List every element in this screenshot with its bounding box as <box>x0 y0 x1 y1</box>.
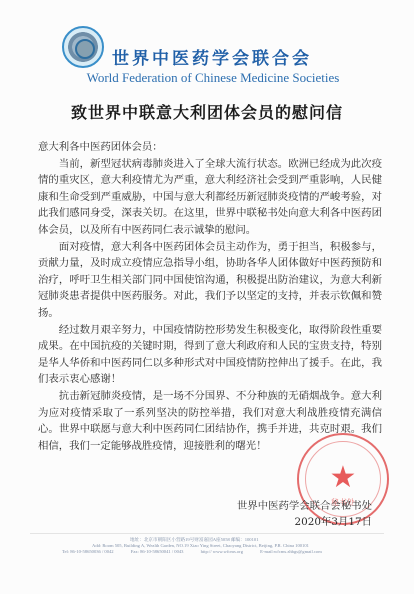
footer-divider <box>30 533 384 534</box>
wfcms-globe-logo-icon <box>62 26 104 68</box>
contact-row: Tel: 86-10-58650036 / 0042 Fax: 86-10-58… <box>30 549 392 555</box>
email-link[interactable]: E-mail:wfcms.zhbgs@gmail.com <box>260 549 322 554</box>
letterhead-footer: 地址：北京市朝阳区小营路19号财富嘉园A座5058 邮编：100101 Add:… <box>30 537 392 556</box>
website-link[interactable]: http:// www.wfcms.org <box>201 549 243 554</box>
org-name-cn: 世界中医药学会联合会 <box>112 44 312 69</box>
paragraph-1: 当前，新型冠状病毒肺炎进入了全球大流行状态。欧洲已经成为此次疫情的重灾区，意大利… <box>38 156 382 239</box>
letter-date: 2020年3月17日 <box>237 514 372 530</box>
star-icon: ★ <box>299 463 387 493</box>
letterhead: 世界中医药学会联合会 World Federation of Chinese M… <box>62 26 362 86</box>
org-name-en: World Federation of Chinese Medicine Soc… <box>68 70 358 86</box>
letter-page: 世界中医药学会联合会 World Federation of Chinese M… <box>0 0 414 594</box>
letter-body: 意大利各中医药团体会员： 当前，新型冠状病毒肺炎进入了全球大流行状态。欧洲已经成… <box>38 139 382 454</box>
fax: Fax: 86-10-58650041 / 0043 <box>131 549 184 554</box>
salutation: 意大利各中医药团体会员： <box>38 139 382 156</box>
logo-center <box>75 39 95 59</box>
signatory: 世界中医药学会联合会秘书处 <box>237 498 372 514</box>
paragraph-3: 经过数月艰辛努力，中国疫情防控形势发生积极变化，取得阶段性重要成果。在中国抗疫的… <box>38 322 382 388</box>
telephone: Tel: 86-10-58650036 / 0042 <box>62 549 114 554</box>
paragraph-2: 面对疫情，意大利各中医药团体会员主动作为，勇于担当，积极参与，贡献力量，及时成立… <box>38 239 382 322</box>
letter-title: 致世界中联意大利团体会员的慰问信 <box>0 100 414 123</box>
signature-block: 世界中医药学会联合会秘书处 2020年3月17日 <box>237 498 372 530</box>
